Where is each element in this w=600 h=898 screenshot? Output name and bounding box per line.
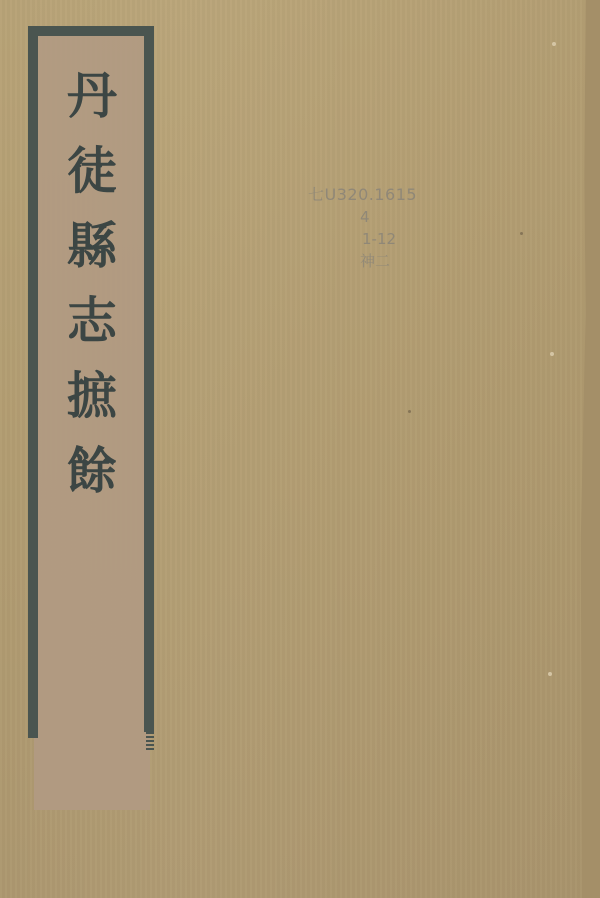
title-char: 丹 [67, 58, 117, 133]
frame-bottom-stub [28, 712, 38, 738]
paper-spot [548, 672, 552, 676]
paper-spot [552, 42, 556, 46]
call-number-line: 七U320.1615 [308, 184, 468, 206]
paper-spot [550, 352, 554, 356]
call-number-line: 1-12 [362, 228, 468, 250]
call-number-line: 神二 [360, 250, 468, 272]
title-char: 縣 [67, 208, 117, 283]
book-cover: 丹 徒 縣 志 摭 餘 七U320.1615 4 1-12 神二 [0, 0, 600, 898]
title-char: 摭 [67, 358, 117, 433]
paper-spot [408, 410, 411, 413]
title-char: 志 [67, 283, 117, 358]
title-char: 餘 [67, 433, 117, 508]
pencil-call-number: 七U320.1615 4 1-12 神二 [308, 184, 468, 272]
call-number-line: 4 [360, 206, 468, 228]
paper-spot [520, 232, 523, 235]
title-char: 徒 [67, 133, 117, 208]
book-title: 丹 徒 縣 志 摭 餘 [44, 58, 140, 508]
